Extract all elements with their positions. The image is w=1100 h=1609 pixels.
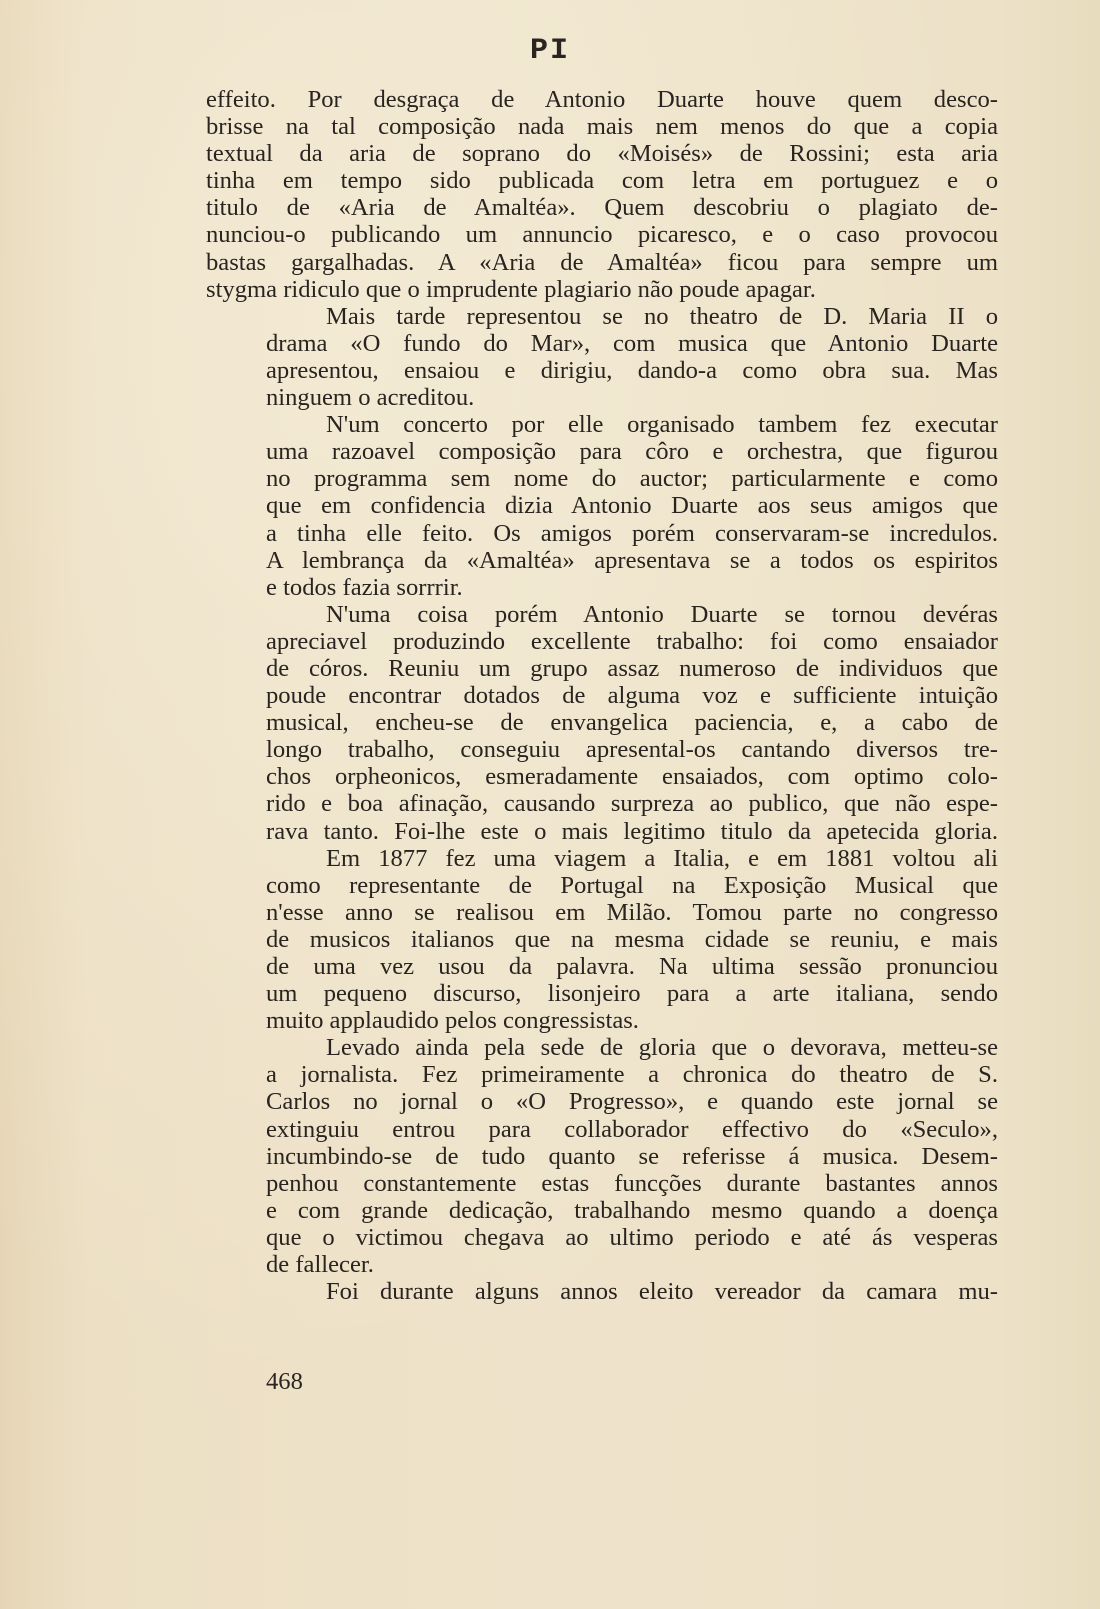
text-line: A lembrança da «Amaltéa» apresentava se … [206, 547, 998, 574]
paragraph-7: Foi durante alguns annos eleito vereador… [206, 1278, 998, 1305]
text-line: drama «O fundo do Mar», com musica que A… [206, 330, 998, 357]
text-line: a tinha elle feito. Os amigos porém cons… [206, 520, 998, 547]
text-line: textual da aria de soprano do «Moisés» d… [206, 140, 998, 167]
paragraph-6: Levado ainda pela sede de gloria que o d… [206, 1034, 998, 1278]
text-line: longo trabalho, conseguiu apresental-os … [206, 736, 998, 763]
text-line: como representante de Portugal na Exposi… [206, 872, 998, 899]
text-line: chos orpheonicos, esmeradamente ensaiado… [206, 763, 998, 790]
text-line: effeito. Por desgraça de Antonio Duarte … [206, 86, 998, 113]
paragraph-4: N'uma coisa porém Antonio Duarte se torn… [206, 601, 998, 845]
text-line: a jornalista. Fez primeiramente a chroni… [206, 1061, 998, 1088]
text-line: Em 1877 fez uma viagem a Italia, e em 18… [206, 845, 998, 872]
text-line: N'uma coisa porém Antonio Duarte se torn… [206, 601, 998, 628]
text-line: bastas gargalhadas. A «Aria de Amaltéa» … [206, 249, 998, 276]
text-line: de córos. Reuniu um grupo assaz numeroso… [206, 655, 998, 682]
text-line: incumbindo-se de tudo quanto se referiss… [206, 1143, 998, 1170]
text-line: titulo de «Aria de Amaltéa». Quem descob… [206, 194, 998, 221]
text-line: musical, encheu-se de envangelica pacien… [206, 709, 998, 736]
text-line: apresentou, ensaiou e dirigiu, dando-a c… [206, 357, 998, 384]
text-line: tinha em tempo sido publicada com letra … [206, 167, 998, 194]
text-line: n'esse anno se realisou em Milão. Tomou … [206, 899, 998, 926]
text-line: Carlos no jornal o «O Progresso», e quan… [206, 1088, 998, 1115]
text-line: de fallecer. [206, 1251, 998, 1278]
page-number: 468 [266, 1368, 303, 1396]
paragraph-3: N'um concerto por elle organisado tambem… [206, 411, 998, 601]
paragraph-1: effeito. Por desgraça de Antonio Duarte … [206, 86, 998, 303]
text-line: um pequeno discurso, lisonjeiro para a a… [206, 980, 998, 1007]
paragraph-2: Mais tarde representou se no theatro de … [206, 303, 998, 411]
text-line: Levado ainda pela sede de gloria que o d… [206, 1034, 998, 1061]
text-line: uma razoavel composição para côro e orch… [206, 438, 998, 465]
text-line: muito applaudido pelos congressistas. [206, 1007, 998, 1034]
text-line: poude encontrar dotados de alguma voz e … [206, 682, 998, 709]
body-text: effeito. Por desgraça de Antonio Duarte … [206, 86, 998, 1305]
text-line: rido e boa afinação, causando surpreza a… [206, 790, 998, 817]
text-line: penhou constantemente estas funcções dur… [206, 1170, 998, 1197]
running-head: PI [0, 34, 1100, 68]
text-line: e todos fazia sorrrir. [206, 574, 998, 601]
text-line: e com grande dedicação, trabalhando mesm… [206, 1197, 998, 1224]
text-line: de uma vez usou da palavra. Na ultima se… [206, 953, 998, 980]
text-line: Mais tarde representou se no theatro de … [206, 303, 998, 330]
book-page: PI effeito. Por desgraça de Antonio Duar… [0, 0, 1100, 1609]
paragraph-5: Em 1877 fez uma viagem a Italia, e em 18… [206, 845, 998, 1035]
text-line: rava tanto. Foi-lhe este o mais legitimo… [206, 818, 998, 845]
text-line: N'um concerto por elle organisado tambem… [206, 411, 998, 438]
text-line: de musicos italianos que na mesma cidade… [206, 926, 998, 953]
text-line: brisse na tal composição nada mais nem m… [206, 113, 998, 140]
text-line: nunciou-o publicando um annuncio picares… [206, 221, 998, 248]
text-line: Foi durante alguns annos eleito vereador… [206, 1278, 998, 1305]
text-line: apreciavel produzindo excellente trabalh… [206, 628, 998, 655]
text-line: extinguiu entrou para collaborador effec… [206, 1116, 998, 1143]
text-line: que em confidencia dizia Antonio Duarte … [206, 492, 998, 519]
text-line: que o victimou chegava ao ultimo periodo… [206, 1224, 998, 1251]
text-line: stygma ridiculo que o imprudente plagiar… [206, 276, 998, 303]
text-line: ninguem o acreditou. [206, 384, 998, 411]
text-line: no programma sem nome do auctor; particu… [206, 465, 998, 492]
